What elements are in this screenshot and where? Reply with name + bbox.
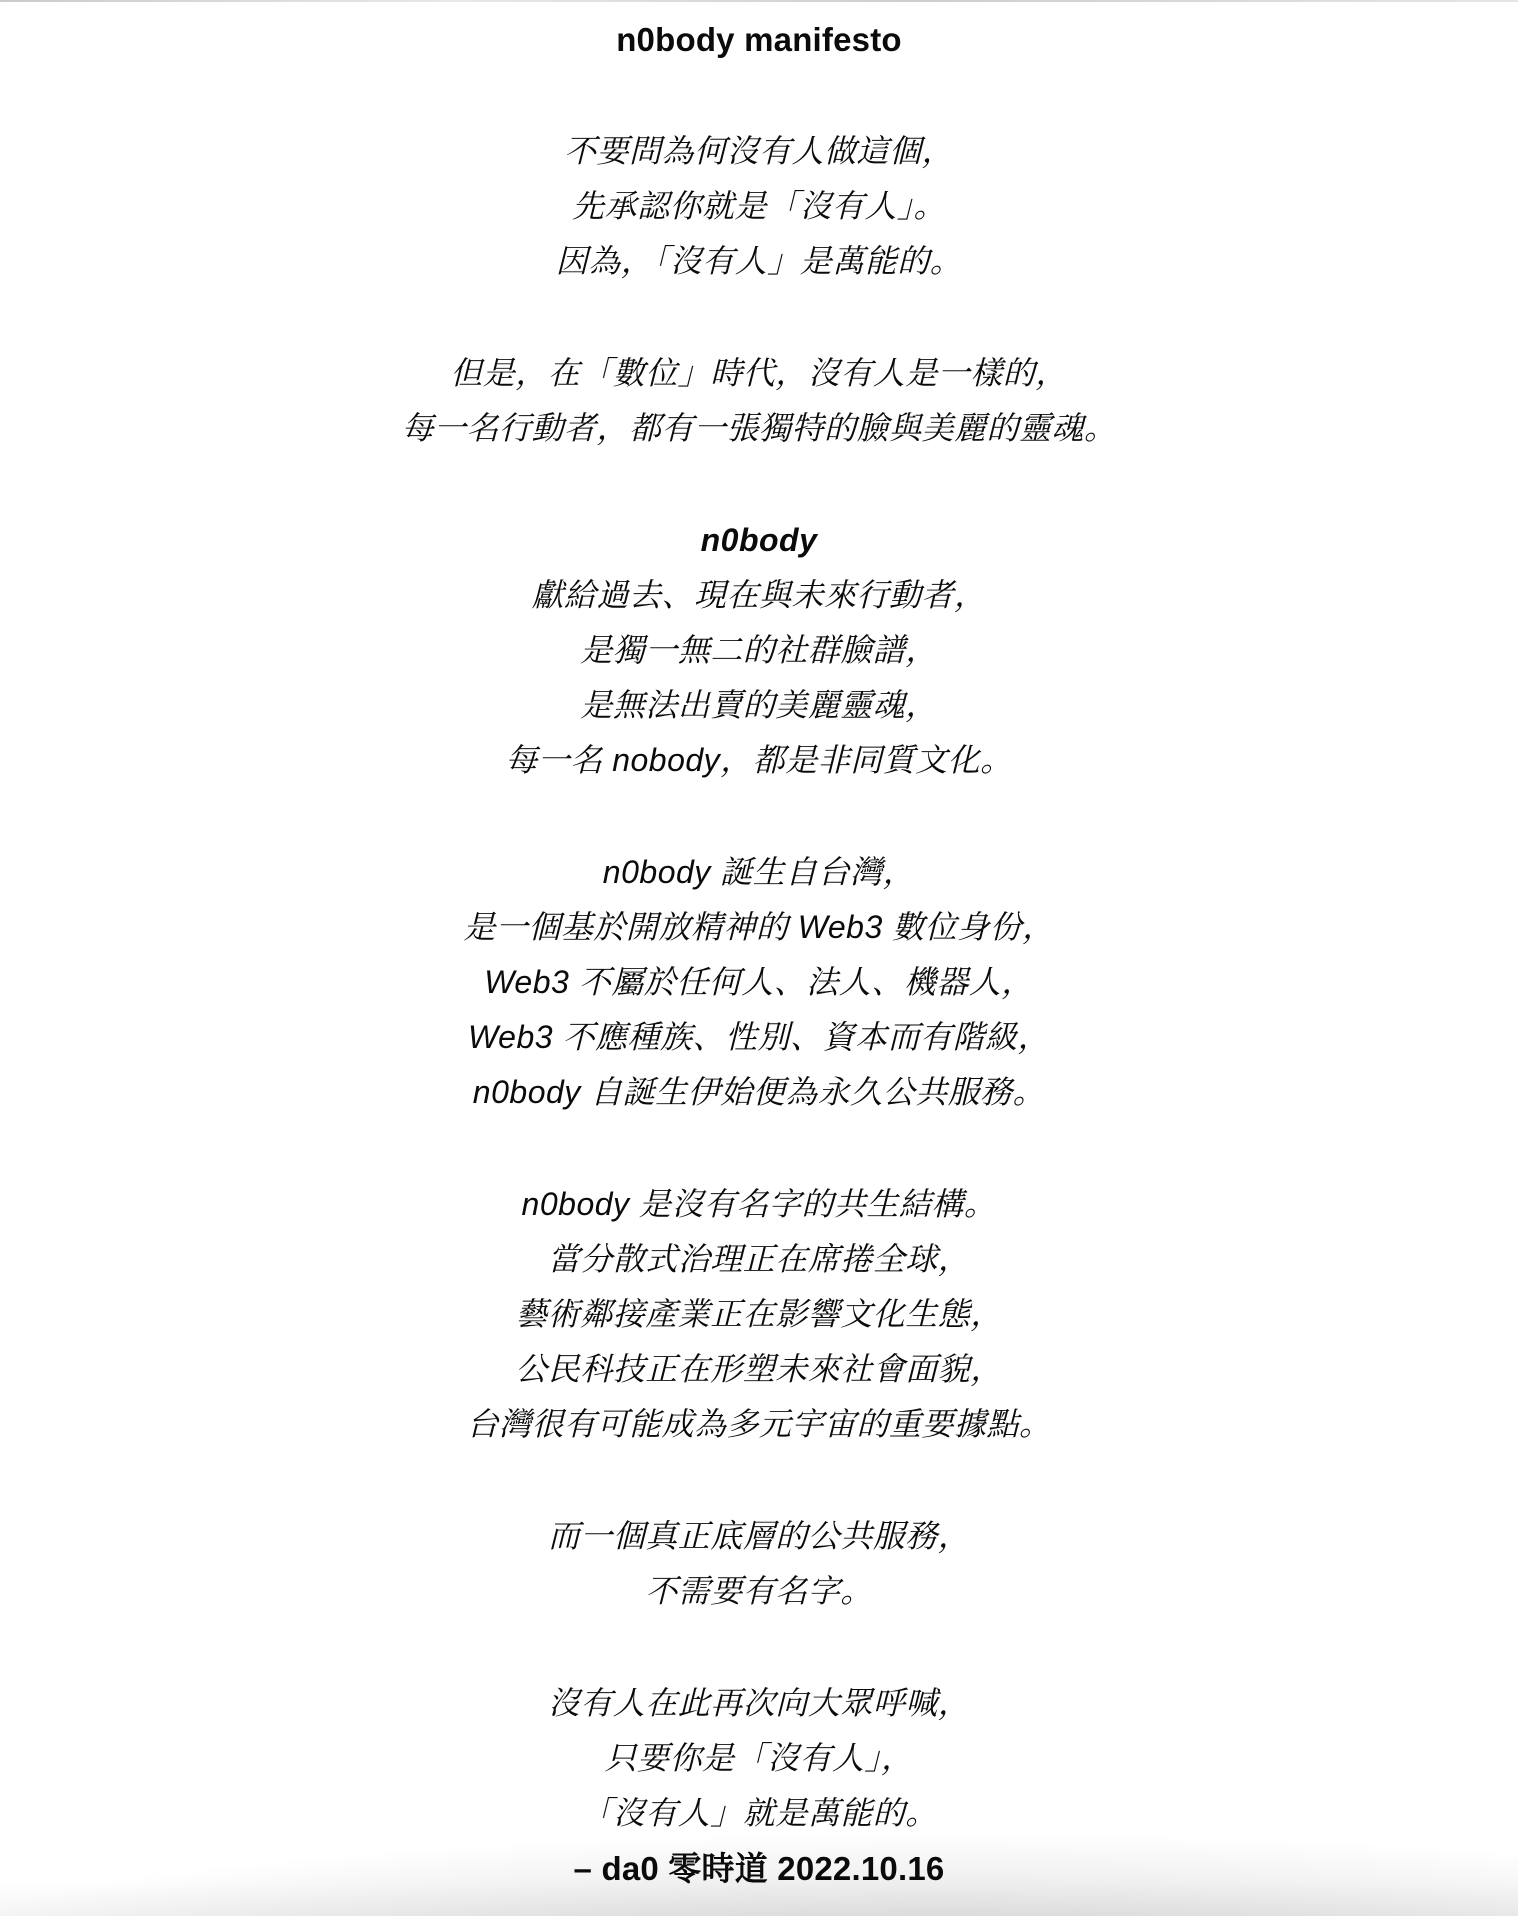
manifesto-line: 是一個基於開放精神的 Web3 數位身份， <box>0 900 1518 955</box>
manifesto-line: 而一個真正底層的公共服務， <box>0 1509 1518 1564</box>
manifesto-page: n0body manifesto 不要問為何沒有人做這個， 先承認你就是「沒有人… <box>0 0 1518 1916</box>
stanza-7: 沒有人在此再次向大眾呼喊， 只要你是「沒有人」， 「沒有人」就是萬能的。 <box>0 1676 1518 1841</box>
manifesto-line: 不要問為何沒有人做這個， <box>0 124 1518 179</box>
manifesto-line: 但是，在「數位」時代，沒有人是一樣的， <box>0 346 1518 401</box>
n0body-emphasis-line: n0body <box>0 513 1518 568</box>
manifesto-line: 台灣很有可能成為多元宇宙的重要據點。 <box>0 1397 1518 1452</box>
manifesto-line: 當分散式治理正在席捲全球， <box>0 1232 1518 1287</box>
manifesto-line: 因為，「沒有人」是萬能的。 <box>0 234 1518 289</box>
manifesto-line: 是獨一無二的社群臉譜， <box>0 623 1518 678</box>
page-title: n0body manifesto <box>0 12 1518 67</box>
manifesto-line: 公民科技正在形塑未來社會面貌， <box>0 1342 1518 1397</box>
manifesto-line: 只要你是「沒有人」， <box>0 1731 1518 1786</box>
manifesto-line: Web3 不應種族、性別、資本而有階級， <box>0 1010 1518 1065</box>
stanza-2: 但是，在「數位」時代，沒有人是一樣的， 每一名行動者，都有一張獨特的臉與美麗的靈… <box>0 346 1518 456</box>
manifesto-line: n0body 誕生自台灣， <box>0 845 1518 900</box>
manifesto-line: 每一名行動者，都有一張獨特的臉與美麗的靈魂。 <box>0 401 1518 456</box>
signature-line: – da0 零時道 2022.10.16 <box>0 1841 1518 1896</box>
manifesto-line: 藝術鄰接產業正在影響文化生態， <box>0 1287 1518 1342</box>
stanza-4: n0body 誕生自台灣， 是一個基於開放精神的 Web3 數位身份， Web3… <box>0 845 1518 1120</box>
stanza-3: n0body 獻給過去、現在與未來行動者， 是獨一無二的社群臉譜， 是無法出賣的… <box>0 513 1518 788</box>
stanza-1: 不要問為何沒有人做這個， 先承認你就是「沒有人」。 因為，「沒有人」是萬能的。 <box>0 124 1518 289</box>
manifesto-line: 「沒有人」就是萬能的。 <box>0 1786 1518 1841</box>
manifesto-line: Web3 不屬於任何人、法人、機器人， <box>0 955 1518 1010</box>
manifesto-line: 獻給過去、現在與未來行動者， <box>0 568 1518 623</box>
manifesto-line: n0body 是沒有名字的共生結構。 <box>0 1177 1518 1232</box>
manifesto-line: 沒有人在此再次向大眾呼喊， <box>0 1676 1518 1731</box>
manifesto-line: 先承認你就是「沒有人」。 <box>0 179 1518 234</box>
manifesto-line: 每一名 nobody，都是非同質文化。 <box>0 733 1518 788</box>
manifesto-line: 不需要有名字。 <box>0 1564 1518 1619</box>
manifesto-line: 是無法出賣的美麗靈魂， <box>0 678 1518 733</box>
stanza-5: n0body 是沒有名字的共生結構。 當分散式治理正在席捲全球， 藝術鄰接產業正… <box>0 1177 1518 1452</box>
manifesto-line: n0body 自誕生伊始便為永久公共服務。 <box>0 1065 1518 1120</box>
stanza-6: 而一個真正底層的公共服務， 不需要有名字。 <box>0 1509 1518 1619</box>
